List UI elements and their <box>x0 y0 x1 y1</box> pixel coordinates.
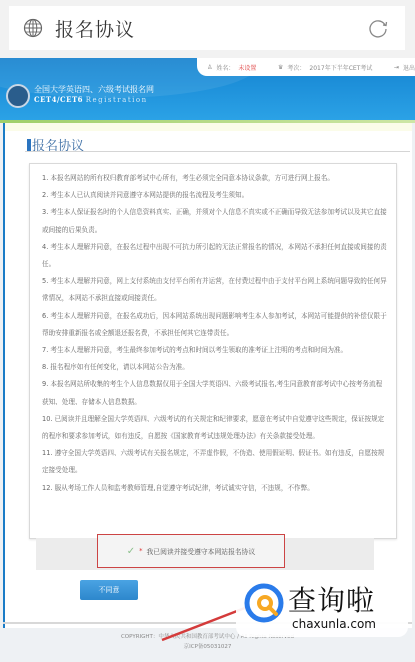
logout-icon: ⇥ <box>394 64 399 71</box>
site-name: 全国大学英语四、六级考试报名网 CET4/CET6 Registration <box>34 85 154 105</box>
logout-link[interactable]: 退出 <box>403 63 415 72</box>
clause: 2. 考生本人已认真阅读并同意遵守本网站提供的报名流程及考生须知。 <box>42 187 388 204</box>
icp-text: 京ICP备05031027 <box>0 642 415 652</box>
clause: 11. 遵守全国大学英语四、六级考试有关报名规定，不弄虚作假，不伪造、使用假证明… <box>42 445 388 479</box>
site-name-en: CET4/CET6 Registration <box>34 95 154 105</box>
agree-label: 我已阅读并接受遵守本网站报名协议 <box>147 546 256 556</box>
cet-logo <box>6 84 30 108</box>
clause: 8. 报名程序如有任何变化，请以本网站公告为准。 <box>42 359 388 376</box>
address-bar[interactable]: 报名协议 <box>9 6 405 50</box>
user-icon: ♙ <box>207 64 212 71</box>
clause: 12. 服从考场工作人员和监考教师管理,自觉遵守考试纪律，考试诚实守信，不违规，… <box>42 480 388 497</box>
globe-icon <box>23 18 43 38</box>
exam-icon: ♛ <box>278 64 283 71</box>
divider <box>25 151 410 152</box>
site-name-cn: 全国大学英语四、六级考试报名网 <box>34 85 154 95</box>
watermark: 查询啦 chaxunla.com <box>236 577 408 637</box>
browser-topbar: 报名协议 <box>0 0 415 58</box>
exam-value: 2017年下半年CET考试 <box>309 63 372 72</box>
clause: 4. 考生本人理解并同意，在报名过程中出现不可抗力所引起的无法正常报名的情况，本… <box>42 239 388 273</box>
panel-top-strip <box>5 123 412 131</box>
chaxunla-logo-icon <box>244 583 284 623</box>
user-info-bar: ♙ 姓名： 未设置 ♛ 考次： 2017年下半年CET考试 ⇥ 退出 <box>197 58 415 76</box>
page-title: 报名协议 <box>55 15 135 42</box>
check-icon: ✓ <box>127 546 135 557</box>
agreement-text-box[interactable]: 1. 本报名网站的所有权归教育部考试中心所有，考生必须完全同意本协议条款，方可进… <box>29 163 397 539</box>
site-header: ♙ 姓名： 未设置 ♛ 考次： 2017年下半年CET考试 ⇥ 退出 全国大学英… <box>0 58 415 120</box>
watermark-en: chaxunla.com <box>292 617 376 631</box>
clause: 5. 考生本人理解并同意，网上支付系统由支付平台所有并运营，在付费过程中由于支付… <box>42 273 388 307</box>
refresh-icon[interactable] <box>367 17 389 39</box>
required-mark: * <box>139 547 142 555</box>
clause: 6. 考生本人理解并同意，在报名成功后，因本网站系统出现问题影响考生本人参加考试… <box>42 308 388 342</box>
title-marker <box>27 139 31 151</box>
watermark-cn: 查询啦 <box>288 579 375 619</box>
clause: 7. 考生本人理解并同意，考生最终参加考试的考点和时间以考生领取的准考证上注明的… <box>42 342 388 359</box>
clause: 1. 本报名网站的所有权归教育部考试中心所有，考生必须完全同意本协议条款，方可进… <box>42 170 388 187</box>
clause: 10. 已阅读并且理解全国大学英语四、六级考试的有关规定和纪律要求，愿意在考试中… <box>42 411 388 445</box>
user-value: 未设置 <box>238 63 256 72</box>
disagree-button[interactable]: 不同意 <box>80 580 138 600</box>
agree-checkbox[interactable]: ✓ * 我已阅读并接受遵守本网站报名协议 <box>97 534 285 568</box>
clause: 9. 本报名网站所收集的考生个人信息数据仅用于全国大学英语四、六级考试报名,考生… <box>42 376 388 410</box>
clause: 3. 考生本人保证报名时的个人信息资料真实、正确，并须对个人信息不真实或不正确而… <box>42 204 388 238</box>
exam-label: 考次： <box>287 63 305 72</box>
user-label: 姓名： <box>216 63 234 72</box>
